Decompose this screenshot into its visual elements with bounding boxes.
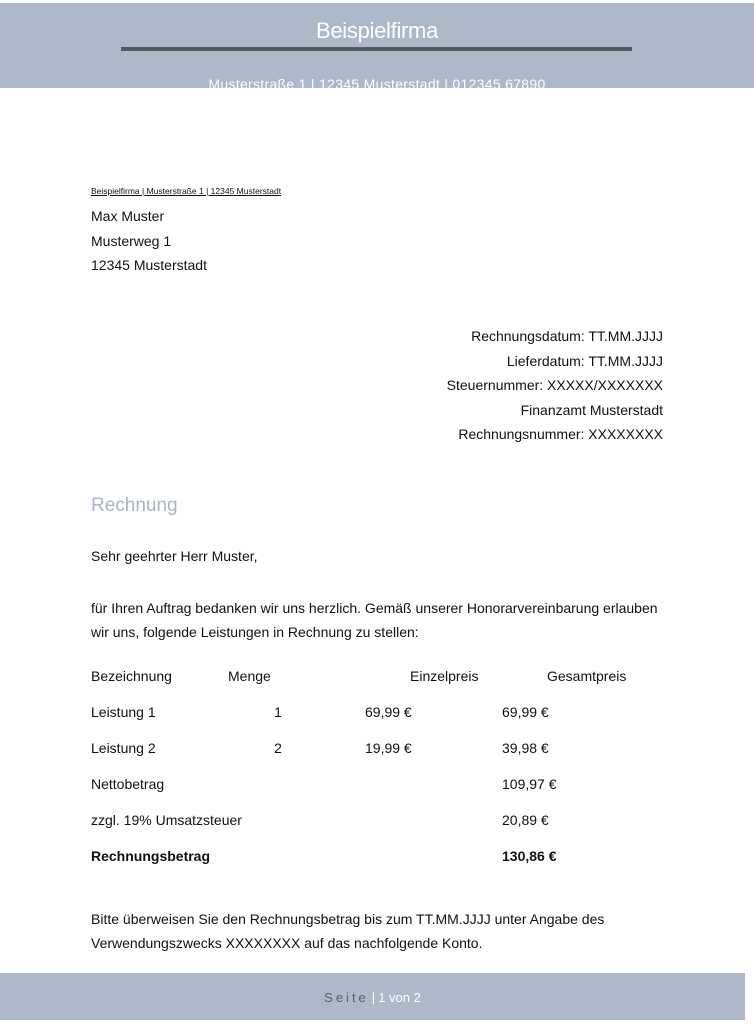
invoice-table: Bezeichnung Menge Einzelpreis Gesamtprei… xyxy=(91,668,671,884)
net-value: 109,97 € xyxy=(502,776,557,792)
tax-office: Finanzamt Musterstadt xyxy=(447,398,663,423)
invoice-number: Rechnungsnummer: XXXXXXXX xyxy=(447,422,663,447)
table-header-row: Bezeichnung Menge Einzelpreis Gesamtprei… xyxy=(91,668,671,704)
document-title: Rechnung xyxy=(91,495,178,517)
company-address: Musterstraße 1 | 12345 Musterstadt | 012… xyxy=(0,76,754,88)
item-quantity: 2 xyxy=(273,740,283,756)
invoice-meta: Rechnungsdatum: TT.MM.JJJJ Lieferdatum: … xyxy=(447,324,663,447)
tax-value: 20,89 € xyxy=(502,812,549,828)
delivery-date: Lieferdatum: TT.MM.JJJJ xyxy=(447,349,663,374)
header-rule xyxy=(121,47,632,51)
tax-label: zzgl. 19% Umsatzsteuer xyxy=(91,812,242,828)
gross-label: Rechnungsbetrag xyxy=(91,848,210,864)
table-row: Leistung 1 1 69,99 € 69,99 € xyxy=(91,704,671,740)
page-number: 1 von 2 xyxy=(378,990,421,1005)
page-indicator: Seite|1 von 2 xyxy=(0,990,745,1005)
invoice-date: Rechnungsdatum: TT.MM.JJJJ xyxy=(447,324,663,349)
item-total: 39,98 € xyxy=(502,740,549,756)
recipient-city: 12345 Musterstadt xyxy=(91,253,207,278)
net-row: Nettobetrag 109,97 € xyxy=(91,776,671,812)
item-total: 69,99 € xyxy=(502,704,549,720)
table-row: Leistung 2 2 19,99 € 39,98 € xyxy=(91,740,671,776)
net-label: Nettobetrag xyxy=(91,776,164,792)
tax-number: Steuernummer: XXXXX/XXXXXXX xyxy=(447,373,663,398)
recipient-address: Max Muster Musterweg 1 12345 Musterstadt xyxy=(91,204,207,278)
recipient-street: Musterweg 1 xyxy=(91,229,207,254)
tax-row: zzgl. 19% Umsatzsteuer 20,89 € xyxy=(91,812,671,848)
header-description: Bezeichnung xyxy=(91,668,172,684)
gross-row: Rechnungsbetrag 130,86 € xyxy=(91,848,671,884)
page-separator: | xyxy=(372,990,375,1005)
page-footer: Seite|1 von 2 xyxy=(0,973,745,1020)
gross-value: 130,86 € xyxy=(502,848,557,864)
item-unit-price: 19,99 € xyxy=(365,740,412,756)
header-quantity: Menge xyxy=(228,668,271,684)
item-name: Leistung 1 xyxy=(91,704,156,720)
salutation: Sehr geehrter Herr Muster, xyxy=(91,548,258,564)
header-total-price: Gesamtpreis xyxy=(547,668,626,684)
header-unit-price: Einzelpreis xyxy=(410,668,478,684)
company-name: Beispielfirma xyxy=(0,18,754,44)
item-quantity: 1 xyxy=(273,704,283,720)
intro-paragraph: für Ihren Auftrag bedanken wir uns herzl… xyxy=(91,596,671,644)
item-unit-price: 69,99 € xyxy=(365,704,412,720)
sender-return-line: Beispielfirma | Musterstraße 1 | 12345 M… xyxy=(91,186,281,196)
item-name: Leistung 2 xyxy=(91,740,156,756)
page-label: Seite xyxy=(324,990,369,1005)
closing-paragraph: Bitte überweisen Sie den Rechnungsbetrag… xyxy=(91,907,671,955)
letterhead: Beispielfirma Musterstraße 1 | 12345 Mus… xyxy=(0,3,754,88)
recipient-name: Max Muster xyxy=(91,204,207,229)
